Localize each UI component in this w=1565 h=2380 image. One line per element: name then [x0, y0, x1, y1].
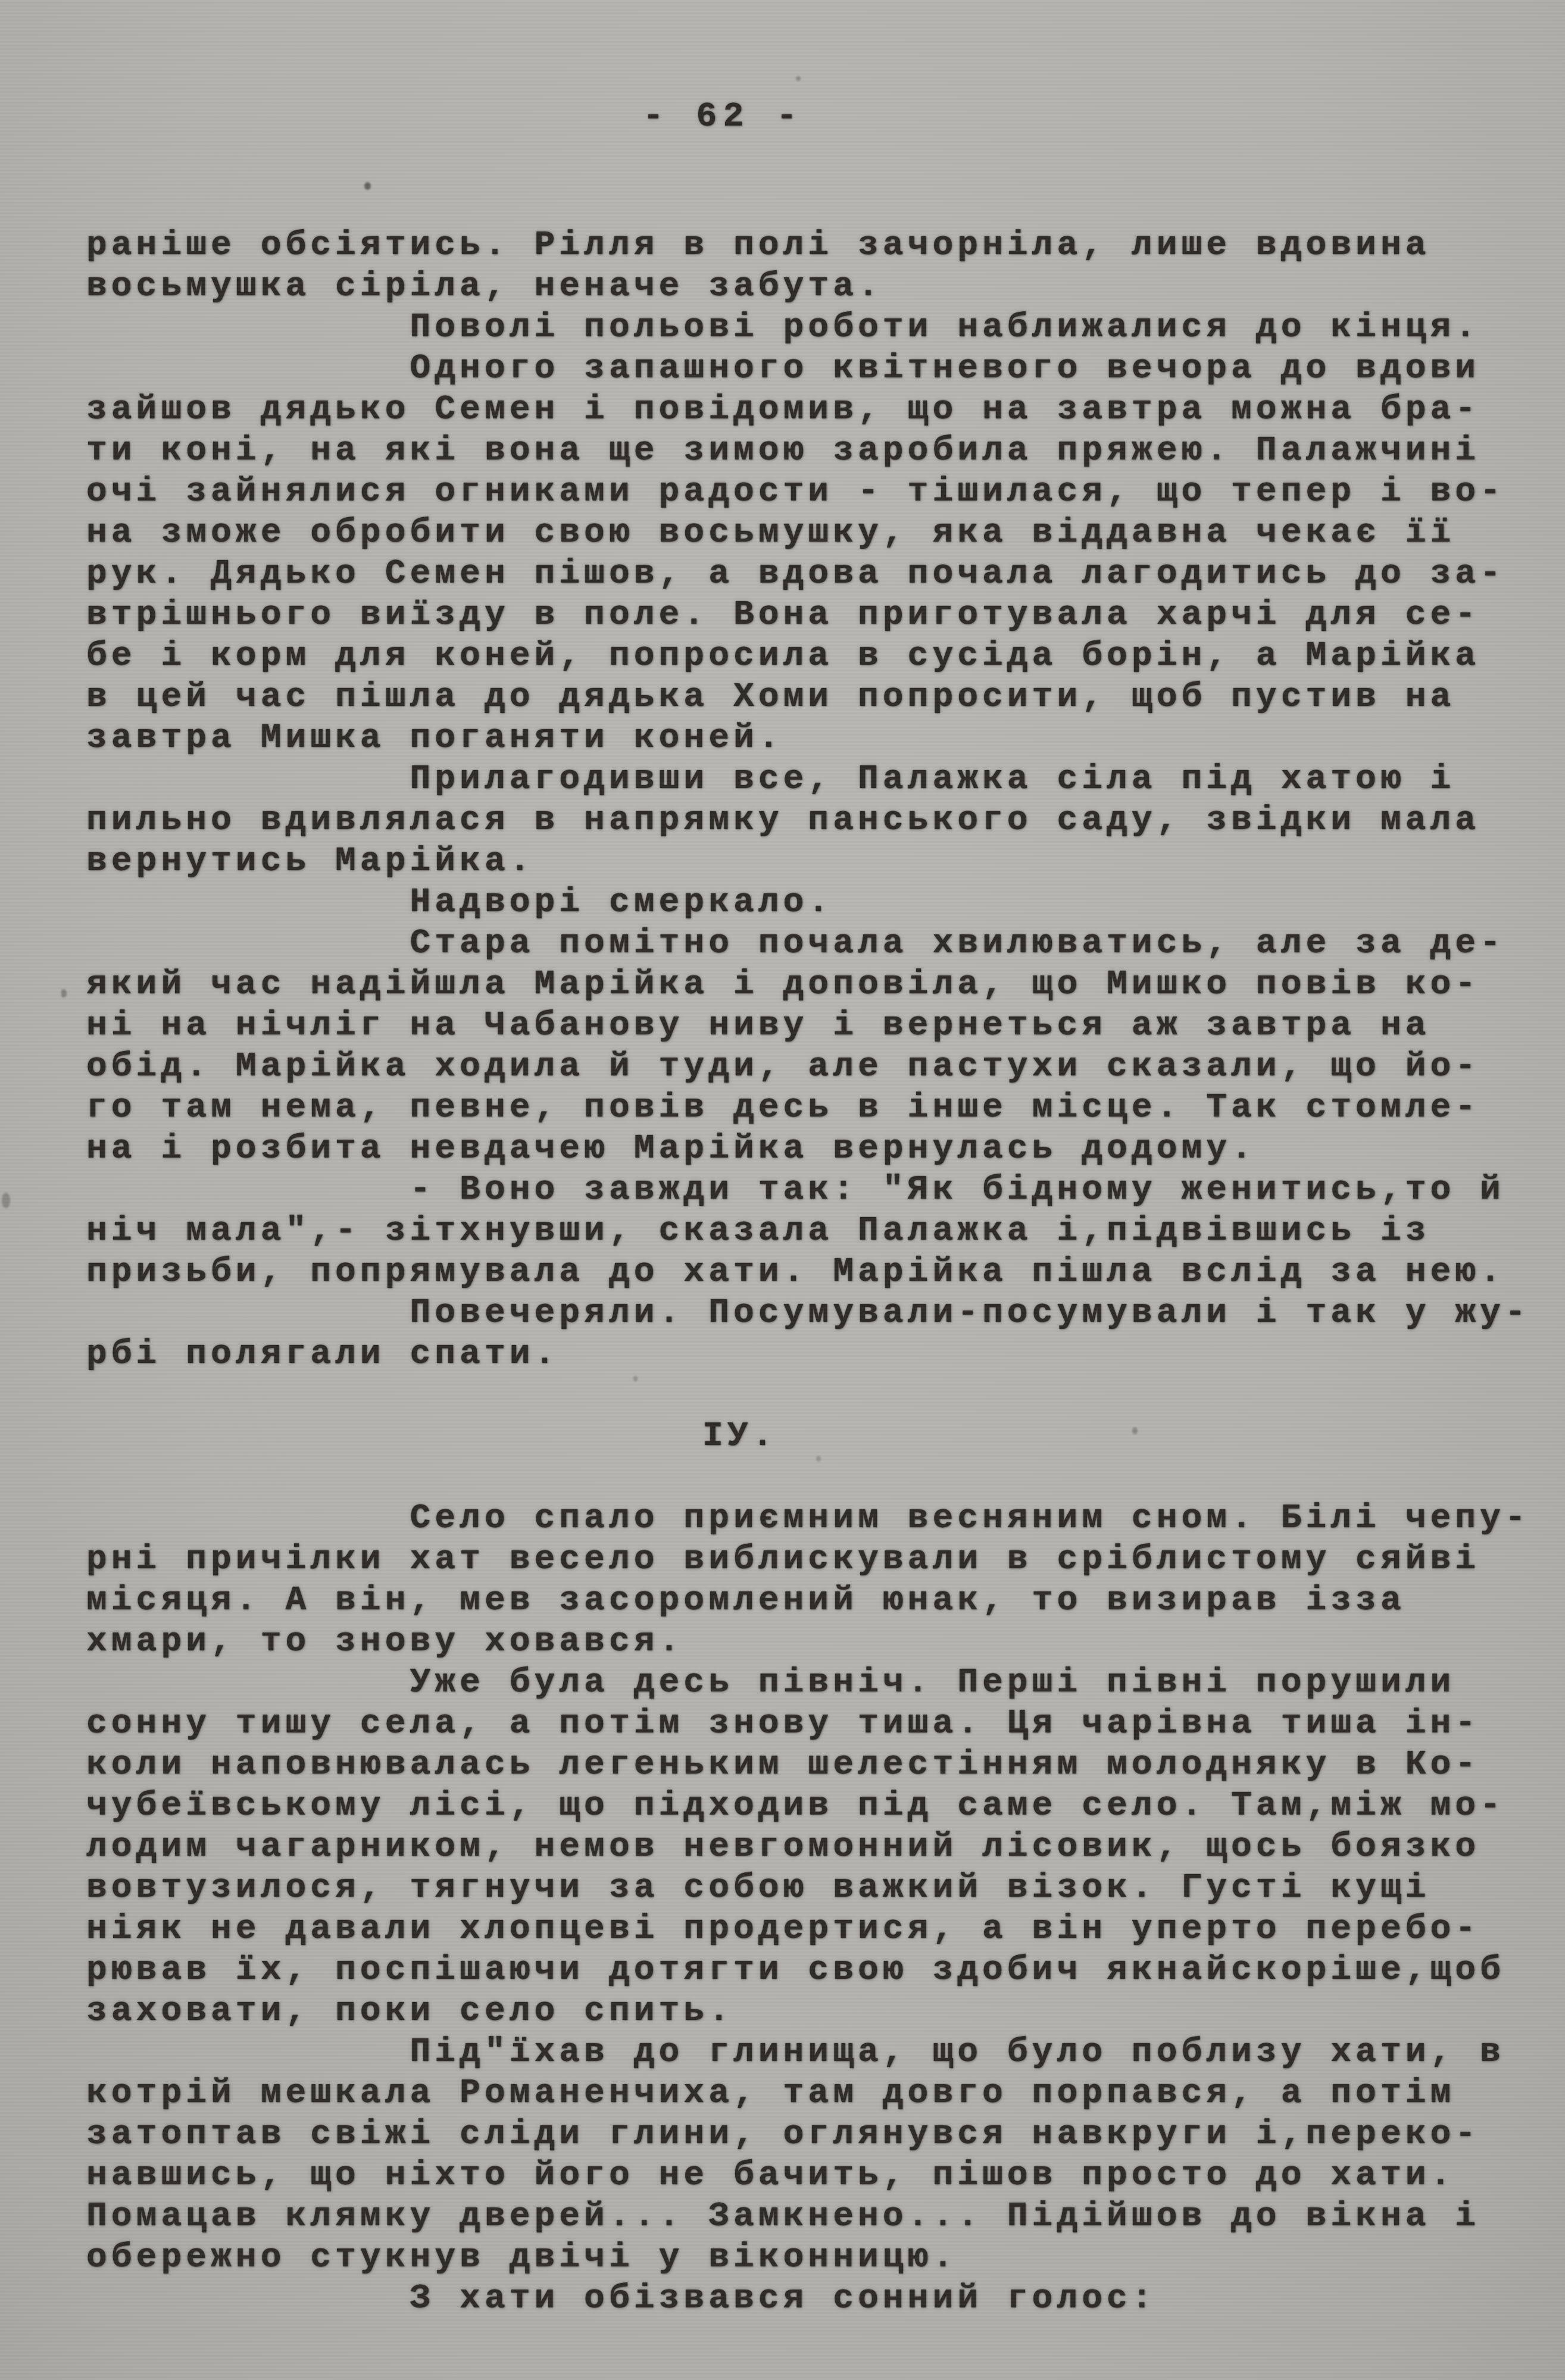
- scanned-typewritten-page: - 62 - раніше обсіятись. Рілля в полі за…: [0, 0, 1565, 2380]
- section-heading: ІУ.: [702, 1416, 1529, 1457]
- page-body: раніше обсіятись. Рілля в полі зачорніла…: [86, 225, 1529, 2319]
- paragraphs-part-1: раніше обсіятись. Рілля в полі зачорніла…: [86, 225, 1529, 1375]
- ink-speck: [796, 76, 801, 81]
- ink-speck: [816, 1456, 821, 1462]
- ink-speck: [1132, 1427, 1138, 1434]
- paragraphs-part-2: Село спало приємним весняним сном. Білі …: [86, 1498, 1529, 2319]
- ink-speck: [2, 1193, 10, 1208]
- ink-speck: [61, 989, 67, 997]
- ink-speck: [364, 182, 371, 190]
- page-number: - 62 -: [643, 96, 803, 137]
- ink-speck: [633, 1376, 638, 1381]
